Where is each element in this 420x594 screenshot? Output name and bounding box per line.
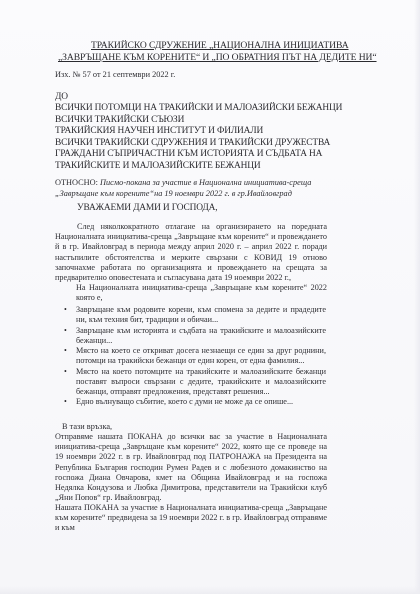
- subject: ОТНОСНО: Писмо-покана за участие в Нацио…: [55, 178, 311, 188]
- recipients-to-label: ДО: [55, 92, 68, 104]
- recipient-line: ГРАЖДАНИ СЪПРИЧАСТНИ КЪМ ИСТОРИЯТА И СЪД…: [55, 149, 322, 161]
- bullet-icon: •: [64, 305, 67, 315]
- outgoing-reference: Изх. № 57 от 21 септември 2022 г.: [55, 70, 175, 80]
- body-paragraph-4: Нашата ПОКАНА за участие в Националната …: [55, 503, 327, 534]
- bullet-item: Едно вълнуващо събитие, което с думи не …: [76, 397, 326, 407]
- subject-label: ОТНОСНО:: [55, 178, 98, 187]
- subject-line1: Писмо-покана за участие в Национална ини…: [100, 178, 311, 187]
- bullet-item: Завръщане към родовите корени, към споме…: [76, 305, 326, 325]
- body-paragraph-2: На Националната инициатива-среща „Завръщ…: [76, 283, 327, 303]
- organization-title-line1: ТРАКИЙСКО СДРУЖЕНИЕ „НАЦИОНАЛНА ИНИЦИАТИ…: [91, 40, 349, 51]
- recipient-line: ВСИЧКИ ТРАКИЙСКИ СЪЮЗИ: [55, 115, 184, 127]
- body-paragraph-3: Отправяме нашата ПОКАНА до всички вас за…: [55, 432, 327, 503]
- bullet-icon: •: [64, 397, 67, 407]
- salutation: УВАЖАЕМИ ДАМИ И ГОСПОДА,: [77, 203, 217, 215]
- recipient-line: ВСИЧКИ ПОТОМЦИ НА ТРАКИЙСКИ И МАЛОАЗИЙСК…: [55, 103, 342, 115]
- bullet-icon: •: [64, 367, 67, 377]
- recipient-line: ТРАКИЙСКИЯ НАУЧЕН ИНСТИТУТ И ФИЛИАЛИ: [55, 126, 263, 138]
- scan-edge-shadow: [414, 0, 420, 594]
- bullet-item: Завръщане към историята и съдбата на тра…: [76, 326, 326, 346]
- recipient-line: ВСИЧКИ ТРАКИЙСКИ СДРУЖЕНИЯ И ТРАКИЙСКИ Д…: [55, 138, 330, 150]
- bullet-icon: •: [64, 326, 67, 336]
- document-page: ТРАКИЙСКО СДРУЖЕНИЕ „НАЦИОНАЛНА ИНИЦИАТИ…: [0, 0, 420, 594]
- bullet-item: Място на което потомците на тракийските …: [76, 367, 326, 398]
- connector-text: В тази връзка,: [62, 422, 112, 432]
- recipient-line: ТРАКИЙСКИТЕ И МАЛОАЗИЙСКИТЕ БЕЖАНЦИ: [55, 161, 260, 173]
- organization-title-line2: „ЗАВРЪЩАНЕ КЪМ КОРЕНИТЕ“ И „ПО ОБРАТНИЯ …: [58, 52, 377, 63]
- subject-line2: „Завръщане към корените“на 19 ноември 20…: [55, 189, 292, 199]
- scan-bottom-edge: [0, 586, 420, 594]
- bullet-item: Място на което се откриват досега незнае…: [76, 346, 326, 366]
- body-paragraph-1: След няколкократното отлагане на организ…: [55, 222, 327, 283]
- bullet-icon: •: [64, 346, 67, 356]
